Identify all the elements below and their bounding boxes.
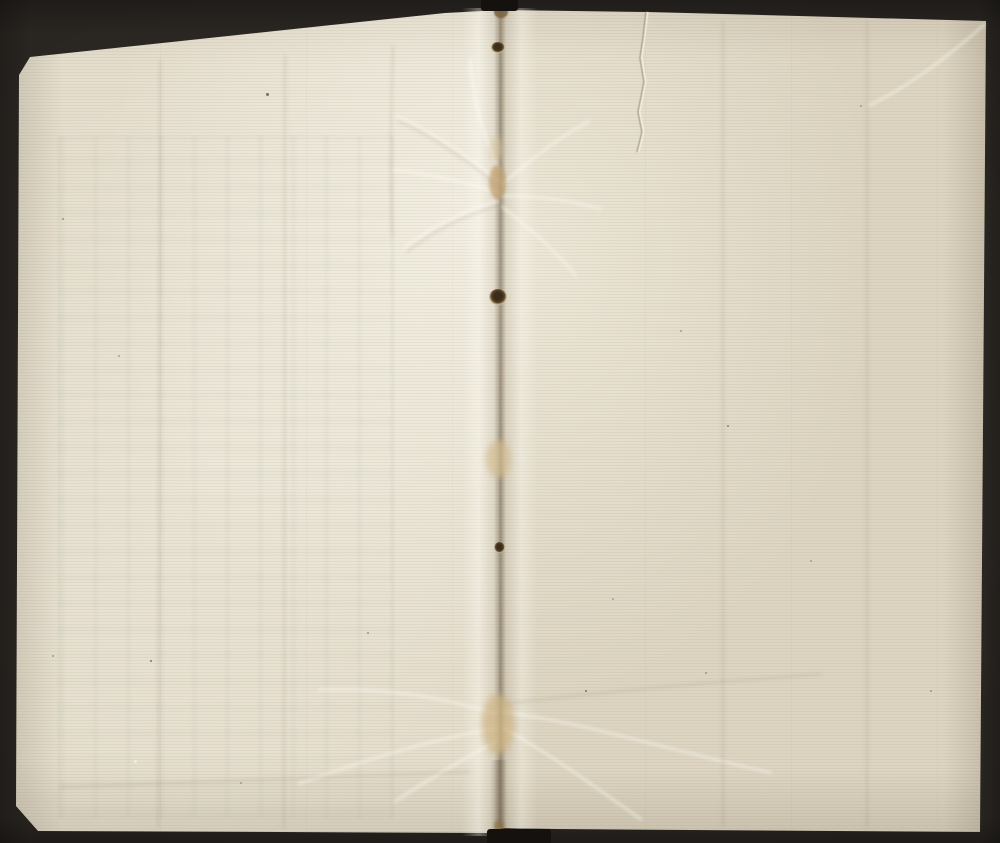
crease-shadows bbox=[60, 20, 867, 829]
crease-highlights bbox=[298, 24, 985, 820]
crease-and-tear-overlay bbox=[0, 0, 1000, 843]
paper-tear bbox=[637, 12, 648, 152]
binding-strap-bottom bbox=[487, 829, 551, 843]
photograph-of-book-spread bbox=[0, 0, 1000, 843]
binding-strap-top bbox=[481, 0, 518, 11]
